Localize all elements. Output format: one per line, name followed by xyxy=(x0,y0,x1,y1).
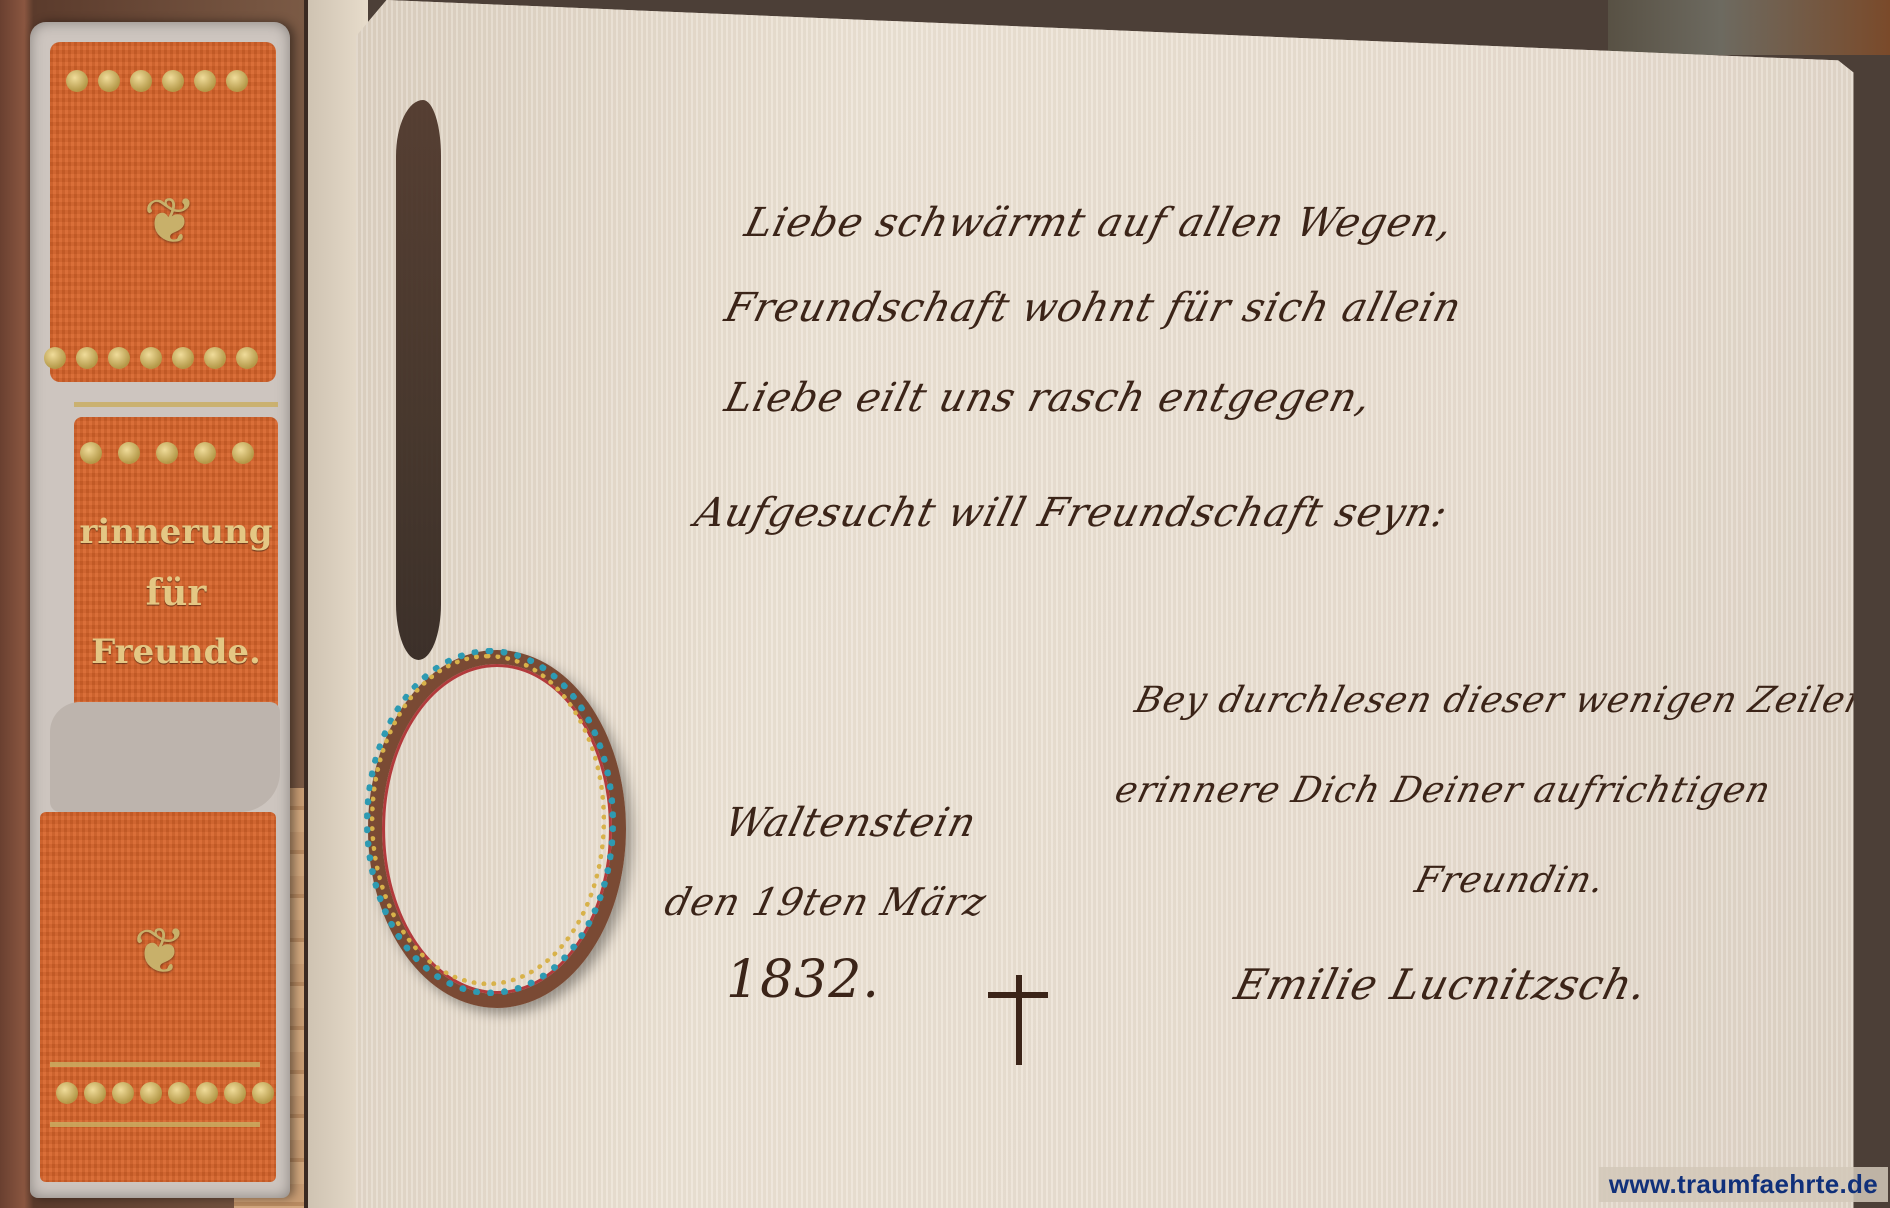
poem-line-4: Aufgesucht will Freundschaft seyn: xyxy=(690,490,1453,536)
spine-title-line-3: Freunde. xyxy=(74,632,278,672)
spine-title-line-1: rinnerung xyxy=(74,512,278,552)
dedication-line-3: Freundin. xyxy=(1411,860,1609,901)
fleuron-ornament-icon: ❦ xyxy=(130,902,190,1002)
gold-dot-icon xyxy=(44,347,66,369)
gold-dot-icon xyxy=(76,347,98,369)
poem-line-1: Liebe schwärmt auf allen Wegen, xyxy=(740,200,1458,246)
gold-dot-icon xyxy=(140,1082,162,1104)
gold-dot-icon xyxy=(118,442,140,464)
gold-bead-strand xyxy=(370,654,606,986)
gold-dot-icon xyxy=(236,347,258,369)
gold-dot-icon xyxy=(168,1082,190,1104)
gold-rule xyxy=(50,1062,260,1067)
gold-dot-icon xyxy=(204,347,226,369)
worn-board-patch xyxy=(50,702,280,812)
gold-dot-icon xyxy=(196,1082,218,1104)
album-page: Liebe schwärmt auf allen Wegen, Freundsc… xyxy=(356,0,1884,1208)
pencil-cross-mark xyxy=(1016,975,1022,1065)
album-page-photo-panel: Liebe schwärmt auf allen Wegen, Freundsc… xyxy=(308,0,1890,1208)
date-line: den 19ten März xyxy=(661,880,992,924)
dedication-line-2: erinnere Dich Deiner aufrichtigen xyxy=(1111,770,1775,811)
gold-dot-icon xyxy=(84,1082,106,1104)
spine-photo-panel: ❦ rinnerung für Freunde. ❦ xyxy=(0,0,304,1208)
background-fabric xyxy=(1608,0,1890,55)
signature: Emilie Lucnitzsch. xyxy=(1230,960,1653,1009)
book-spine: ❦ rinnerung für Freunde. ❦ xyxy=(30,22,290,1198)
watermark-link[interactable]: www.traumfaehrte.de xyxy=(1599,1167,1888,1202)
gold-garland-border xyxy=(80,442,254,464)
year: 1832. xyxy=(726,950,880,1010)
gold-dot-icon xyxy=(194,442,216,464)
dedication-line-1: Bey durchlesen dieser wenigen Zeilen xyxy=(1131,680,1875,721)
gold-dot-icon xyxy=(224,1082,246,1104)
gold-dot-icon xyxy=(66,70,88,92)
gold-dot-icon xyxy=(98,70,120,92)
gold-dot-icon xyxy=(194,70,216,92)
pressed-leaf xyxy=(396,100,441,660)
gold-dot-icon xyxy=(232,442,254,464)
gold-dot-icon xyxy=(156,442,178,464)
gold-dot-icon xyxy=(172,347,194,369)
gold-dot-border-top xyxy=(66,70,248,92)
place-name: Waltenstein xyxy=(720,800,981,846)
gold-dot-icon xyxy=(140,347,162,369)
gold-rule xyxy=(50,1122,260,1127)
gold-dot-border-bottom xyxy=(56,1082,274,1104)
gold-dot-border-middle xyxy=(44,347,258,369)
gold-dot-icon xyxy=(108,347,130,369)
fleuron-ornament-icon: ❦ xyxy=(140,172,200,272)
gold-dot-icon xyxy=(56,1082,78,1104)
gold-dot-icon xyxy=(226,70,248,92)
poem-line-2: Freundschaft wohnt für sich allein xyxy=(720,285,1466,331)
gold-dot-icon xyxy=(252,1082,274,1104)
spine-title-line-2: für xyxy=(74,572,278,614)
gold-rule xyxy=(74,402,278,407)
pencil-cross-bar xyxy=(988,992,1048,998)
gold-dot-icon xyxy=(112,1082,134,1104)
gold-dot-icon xyxy=(130,70,152,92)
gold-dot-icon xyxy=(80,442,102,464)
gold-dot-icon xyxy=(162,70,184,92)
poem-line-3: Liebe eilt uns rasch entgegen, xyxy=(720,375,1376,421)
